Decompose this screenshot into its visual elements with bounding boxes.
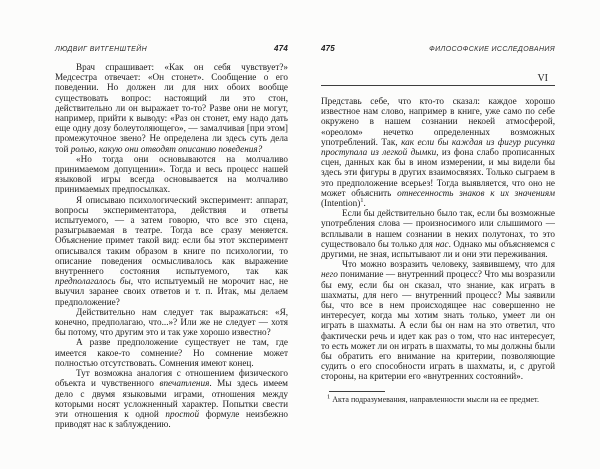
paragraph: Тут возможна аналогия с отношением физич… xyxy=(55,368,288,429)
paragraph: Действительно нам следует так выражаться… xyxy=(55,307,288,338)
footnote-body: Акта подразумевания, направленности мысл… xyxy=(330,395,539,404)
paragraph: Я описываю психологический эксперимент: … xyxy=(55,195,288,307)
footnote-text: 1 Акта подразумевания, направленности мы… xyxy=(321,395,555,405)
footnote: 1 Акта подразумевания, направленности мы… xyxy=(321,391,555,405)
paragraph: Врач спрашивает: «Как он себя чувствует?… xyxy=(55,62,288,154)
paragraph: Представь себе, что кто-то сказал: каждо… xyxy=(321,96,555,208)
right-page-body: Представь себе, что кто-то сказал: каждо… xyxy=(321,96,555,382)
paragraph: А разве предположение существует не там,… xyxy=(55,337,288,368)
paragraph: Если бы действительно было так, если бы … xyxy=(321,208,555,259)
left-page-body: Врач спрашивает: «Как он себя чувствует?… xyxy=(55,62,288,429)
running-header-title: ФИЛОСОФСКИЕ ИССЛЕДОВАНИЯ xyxy=(429,46,555,53)
left-page-number: 474 xyxy=(274,44,288,53)
right-running-header: 475 ФИЛОСОФСКИЕ ИССЛЕДОВАНИЯ xyxy=(321,44,555,53)
left-running-header: ЛЮДВИГ ВИТГЕНШТЕЙН 474 xyxy=(55,44,288,53)
right-page-number: 475 xyxy=(321,44,335,53)
book-spread: ЛЮДВИГ ВИТГЕНШТЕЙН 474 Врач спрашивает: … xyxy=(0,0,600,469)
left-page: ЛЮДВИГ ВИТГЕНШТЕЙН 474 Врач спрашивает: … xyxy=(55,44,288,429)
footnote-rule xyxy=(329,391,385,392)
paragraph: Что можно возразить человеку, заявившему… xyxy=(321,259,555,381)
running-header-author: ЛЮДВИГ ВИТГЕНШТЕЙН xyxy=(55,46,147,53)
section-heading: VI xyxy=(321,73,555,86)
paragraph: «Но тогда они основываются на молчаливо … xyxy=(55,154,288,195)
right-page: 475 ФИЛОСОФСКИЕ ИССЛЕДОВАНИЯ VI Представ… xyxy=(321,44,555,404)
